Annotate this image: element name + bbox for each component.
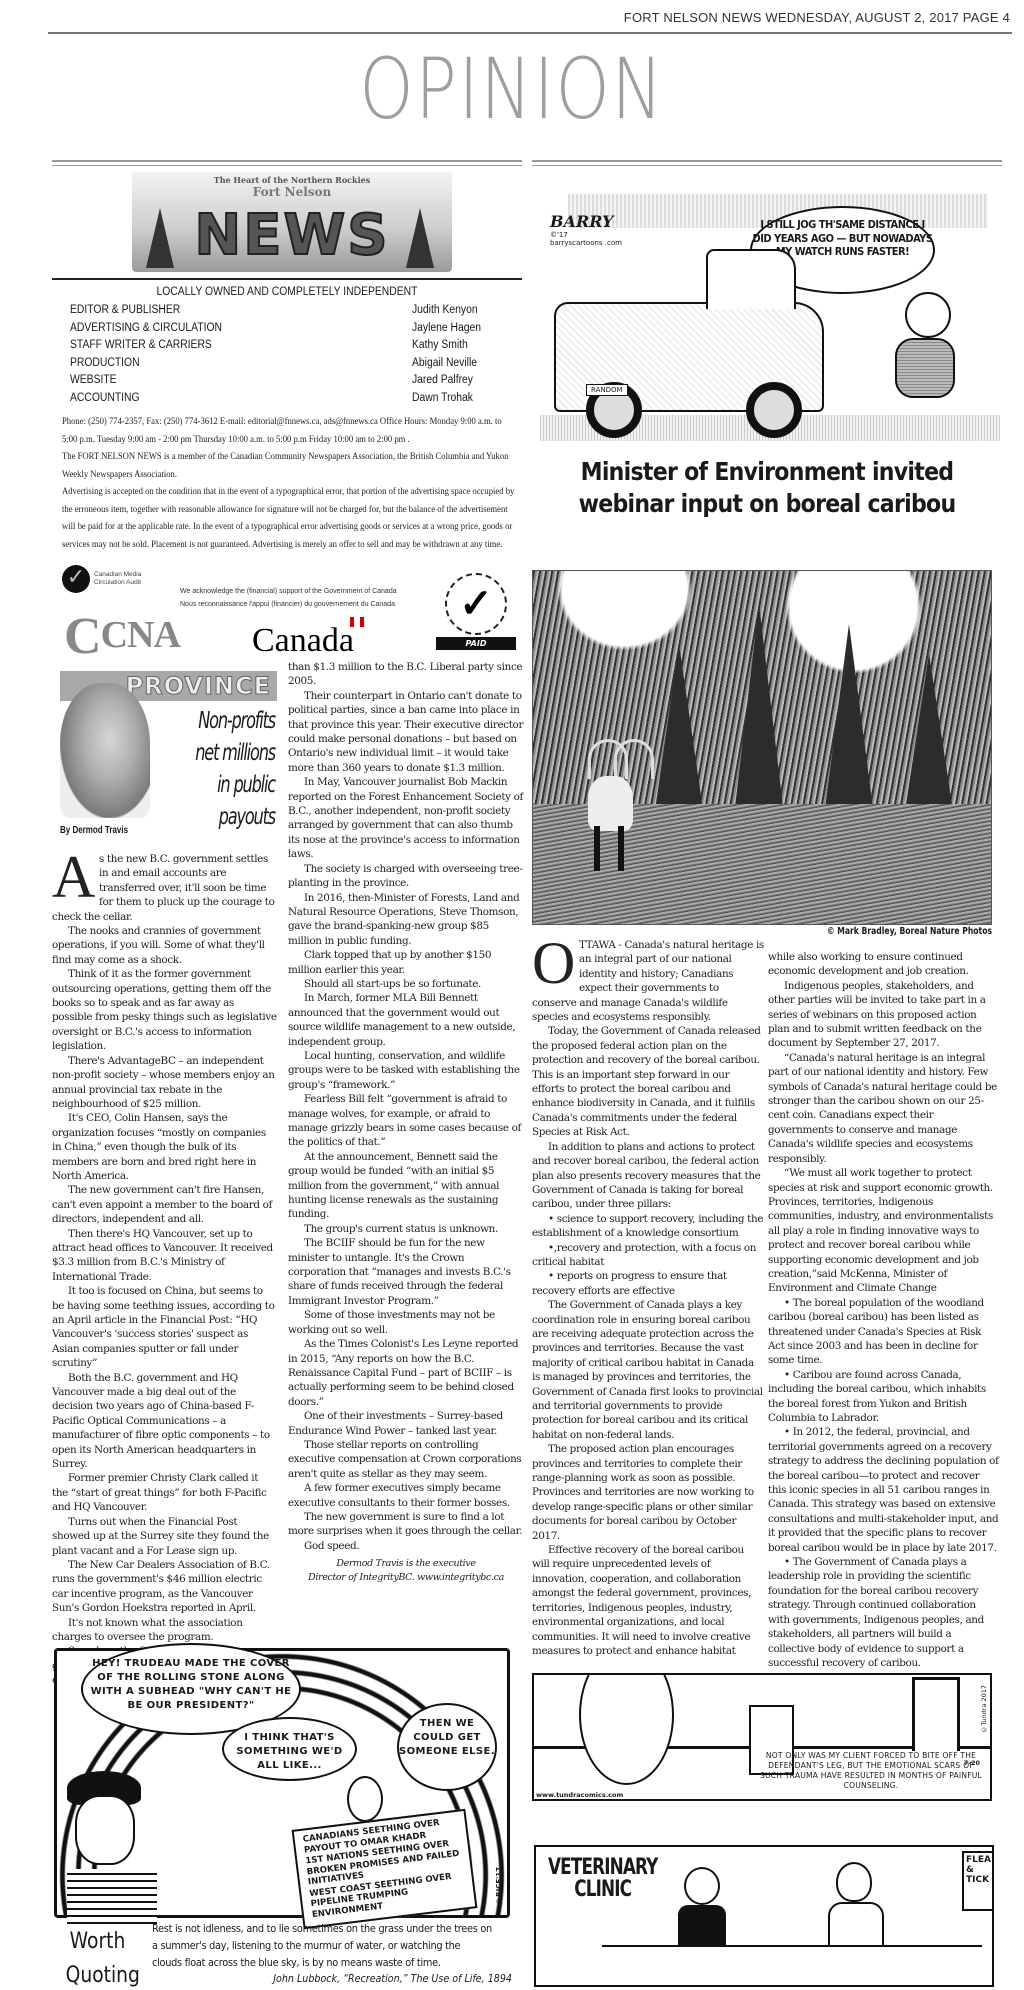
- reception-desk: [602, 1945, 982, 1987]
- maple-leaf-icon: C: [64, 608, 101, 665]
- checkmark-icon: ✓: [445, 573, 507, 635]
- masthead: The Heart of the Northern Rockies Fort N…: [52, 160, 522, 660]
- staff-row: WEBSITEJared Palfrey: [70, 372, 500, 390]
- cmca-badge: ✓ Canadian Media Circulation Audit: [62, 565, 164, 593]
- tundra-comic: NOT ONLY WAS MY CLIENT FORCED TO BITE OF…: [532, 1673, 992, 1801]
- government-acknowledgement: We acknowledge the (financial) support o…: [180, 585, 397, 611]
- province-article-col2: than $1.3 million to the B.C. Liberal pa…: [288, 660, 524, 1585]
- staff-row: EDITOR & PUBLISHERJudith Kenyon: [70, 302, 500, 320]
- page-folio: FORT NELSON NEWS WEDNESDAY, AUGUST 2, 20…: [624, 10, 1010, 25]
- logo-name: NEWS: [132, 208, 452, 264]
- author-bio: Dermod Travis is the executiveDirector o…: [288, 1557, 524, 1585]
- character-left: [67, 1771, 147, 1921]
- contact-info: Phone: (250) 774-2357, Fax: (250) 774-36…: [62, 414, 519, 449]
- drop-cap: A: [52, 854, 95, 900]
- province-headline: Non-profits net millions in public payou…: [183, 705, 275, 833]
- advertising-policy: Advertising is accepted on the condition…: [62, 484, 519, 554]
- byline: By Dermod Travis: [60, 825, 128, 836]
- customer-drawing: [836, 1862, 876, 1952]
- quote-attribution: John Lubbock, “Recreation,” The Use of L…: [231, 1973, 512, 1985]
- jogger-drawing: [885, 292, 965, 422]
- worth-quoting-text: Rest is not idleness, and to lie sometim…: [152, 1921, 492, 1972]
- flea-tick-poster: FLEA & TICK: [962, 1851, 992, 1911]
- verified-circulation-badge: ✓ PAID: [436, 573, 516, 655]
- staff-row: STAFF WRITER & CARRIERSKathy Smith: [70, 337, 500, 355]
- logo-tagline: The Heart of the Northern Rockies: [132, 175, 452, 185]
- pickup-truck-drawing: RANDOM: [554, 302, 824, 412]
- wheel-icon: [746, 382, 802, 438]
- cna-logo: CCNA: [64, 607, 180, 666]
- clinic-sign: VETERINARYCLINIC: [548, 1857, 657, 1901]
- trudeau-cartoon: HEY! TRUDEAU MADE THE COVER OF THE ROLLI…: [54, 1648, 510, 1918]
- folio-rule: [48, 32, 1012, 34]
- cartoonist-signature: ©RICE'17: [495, 1867, 503, 1905]
- checkmark-icon: ✓: [62, 565, 90, 593]
- staff-list: EDITOR & PUBLISHERJudith Kenyon ADVERTIS…: [70, 302, 500, 407]
- section-title: OPINION: [92, 40, 932, 138]
- province-article-col1: A s the new B.C. government settles in a…: [52, 852, 277, 1702]
- speech-bubble: I THINK THAT'S SOMETHING WE'D ALL LIKE..…: [222, 1717, 357, 1781]
- worth-quoting-label: Worth Quoting: [66, 1925, 130, 1990]
- badges-row: ✓ Canadian Media Circulation Audit CCNA …: [62, 565, 522, 660]
- masthead-fine-print: Phone: (250) 774-2357, Fax: (250) 774-36…: [62, 414, 522, 554]
- license-plate: RANDOM: [586, 384, 628, 396]
- independence-statement: LOCALLY OWNED AND COMPLETELY INDEPENDENT: [76, 286, 499, 298]
- membership-note: The FORT NELSON NEWS is a member of the …: [62, 449, 519, 484]
- masthead-rule: [52, 278, 522, 280]
- staff-row: PRODUCTIONAbigail Neville: [70, 355, 500, 373]
- photo-credit: © Mark Bradley, Boreal Nature Photos: [601, 926, 992, 937]
- comic-url: www.tundracomics.com: [534, 1791, 625, 1799]
- province-column-header: PROVINCE Non-profits net millions in pub…: [52, 663, 277, 848]
- cartoonist-signature: BARRY©'17barryscartoons .com: [550, 212, 622, 247]
- caribou-figure: [588, 751, 658, 861]
- comic-copyright: ©Tundra 2017: [980, 1685, 988, 1734]
- cartoon-top-rule: [532, 160, 1002, 166]
- drop-cap: O: [532, 940, 575, 986]
- caribou-article-col1: O TTAWA - Canada's natural heritage is a…: [532, 938, 764, 1658]
- canada-flag-icon: [350, 617, 364, 627]
- caribou-headline: Minister of Environment invited webinar …: [556, 456, 979, 520]
- giant-egg-drawing: [579, 1673, 674, 1785]
- courtroom-door-drawing: [912, 1677, 960, 1751]
- comic-caption: NOT ONLY WAS MY CLIENT FORCED TO BITE OF…: [756, 1751, 986, 1791]
- newspaper-logo: The Heart of the Northern Rockies Fort N…: [132, 172, 452, 272]
- caribou-photo: [532, 570, 992, 925]
- veterinary-comic: VETERINARYCLINIC FLEA & TICK: [534, 1845, 994, 1987]
- staff-row: ADVERTISING & CIRCULATIONJaylene Hagen: [70, 320, 500, 338]
- newspaper-prop: CANADIANS SEETHING OVER PAYOUT TO OMAR K…: [292, 1809, 478, 1930]
- receptionist-drawing: [684, 1867, 724, 1947]
- canada-wordmark: Canada: [252, 617, 364, 660]
- speech-bubble: THEN WE COULD GET SOMEONE ELSE.: [397, 1703, 497, 1791]
- logo-town: Fort Nelson: [132, 185, 452, 199]
- jogger-cartoon: BARRY©'17barryscartoons .com I STILL JOG…: [540, 182, 1000, 447]
- comic-date: 7-20: [964, 1759, 980, 1767]
- author-portrait: [60, 683, 150, 818]
- caribou-article-col2: while also working to ensure continued e…: [768, 950, 1000, 1670]
- staff-row: ACCOUNTINGDawn Trohak: [70, 390, 500, 408]
